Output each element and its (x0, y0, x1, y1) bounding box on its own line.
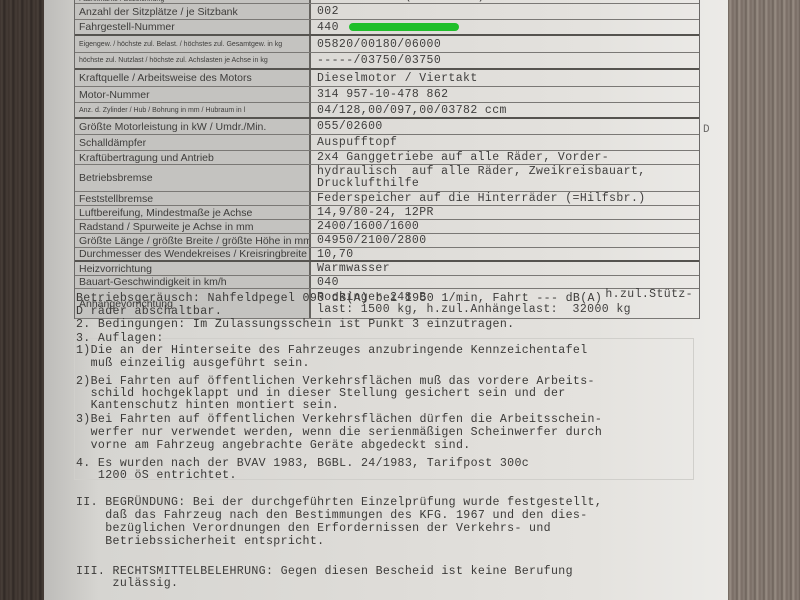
row-label: Anz. d. Zylinder / Hub / Bohrung in mm /… (75, 103, 311, 117)
table-row: Motor-Nummer314 957-10-478 862 (75, 87, 699, 103)
condition-line: 1200 öS entrichtet. (76, 470, 237, 482)
row-value-line: last: 1500 kg, h.zul.Anhängelast: 32000 … (317, 304, 631, 316)
condition-line: vorne am Fahrzeug angebrachte Geräte abg… (76, 440, 471, 452)
table-row: Durchmesser des Wendekreises / Kreisring… (75, 248, 699, 262)
row-value: -----/03750/03750 (313, 53, 699, 68)
condition-line: Betriebsgeräusch: Nahfeldpegel 090 dB(A)… (76, 293, 602, 305)
row-label: Luftbereifung, Mindestmaße je Achse (75, 206, 311, 219)
row-value: 04950/2100/2800 (313, 234, 699, 247)
row-value-line: Drucklufthilfe (317, 178, 419, 190)
row-label: Durchmesser des Wendekreises / Kreisring… (75, 248, 311, 260)
row-value: 314 957-10-478 862 (313, 87, 699, 102)
row-label: Größte Motorleistung in kW / Umdr./Min. (75, 119, 311, 134)
condition-line: muß einzeilig ausgeführt sein. (76, 358, 310, 370)
row-label: Kraftquelle / Arbeitsweise des Motors (75, 70, 311, 86)
condition-line: 2. Bedingungen: Im Zulassungsschein ist … (76, 319, 514, 331)
table-row: Fahrgestell-Nummer440 (75, 20, 699, 36)
redaction-mark (349, 23, 459, 31)
margin-mark: D (703, 124, 710, 136)
row-label: Motor-Nummer (75, 87, 311, 102)
row-label: Eigengew. / höchste zul. Belast. / höchs… (75, 36, 311, 52)
table-row: Größte Motorleistung in kW / Umdr./Min.0… (75, 119, 699, 135)
table-row: Radstand / Spurweite je Achse in mm2400/… (75, 220, 699, 234)
row-label: Feststellbremse (75, 192, 311, 205)
row-value: 055/02600 (313, 119, 699, 134)
legal-section-line: II. BEGRÜNDUNG: Bei der durchgeführten E… (76, 497, 602, 509)
row-value: Federspeicher auf die Hinterräder (=Hilf… (313, 192, 699, 205)
row-label: Radstand / Spurweite je Achse in mm (75, 220, 311, 233)
table-row: höchste zul. Nutzlast / höchste zul. Ach… (75, 53, 699, 70)
row-label: Heizvorrichtung (75, 262, 311, 275)
row-value: 04/128,00/097,00/03782 ccm (313, 103, 699, 117)
table-row: Kraftübertragung und Antrieb2x4 Ganggetr… (75, 151, 699, 165)
row-value: 2400/1600/1600 (313, 220, 699, 233)
row-value: 2x4 Ganggetriebe auf alle Räder, Vorder- (313, 151, 699, 164)
row-value: Auspufftopf (313, 135, 699, 150)
row-label: Anzahl der Sitzplätze / je Sitzbank (75, 4, 311, 19)
legal-section-line: Betriebssicherheit entspricht. (76, 536, 324, 548)
vehicle-data-table: Fabrikmarke / Bezeichnung MB trac 800 (4… (74, 0, 700, 319)
row-value: MB trac 800 (440 163-2) (313, 0, 699, 3)
condition-line: 3)Bei Fahrten auf öffentlichen Verkehrsf… (76, 414, 602, 426)
row-value: Warmwasser (313, 262, 699, 275)
row-value: Dieselmotor / Viertakt (313, 70, 699, 86)
row-label: Betriebsbremse (75, 165, 311, 191)
row-label: Kraftübertragung und Antrieb (75, 151, 311, 164)
table-row: Eigengew. / höchste zul. Belast. / höchs… (75, 36, 699, 53)
row-label: Größte Länge / größte Breite / größte Hö… (75, 234, 311, 247)
wooden-table-background-right (724, 0, 800, 600)
table-row: HeizvorrichtungWarmwasser (75, 262, 699, 276)
row-label: Bauart-Geschwindigkeit in km/h (75, 276, 311, 288)
row-value: 05820/00180/06000 (313, 36, 699, 52)
wooden-table-background-left (0, 0, 46, 600)
row-value-right: h.zul.Stütz- (605, 289, 693, 301)
table-row: Kraftquelle / Arbeitsweise des MotorsDie… (75, 70, 699, 87)
row-label: Schalldämpfer (75, 135, 311, 150)
condition-line: D räder abschaltbar. (76, 306, 222, 318)
table-row: Betriebsbremsehydraulisch auf alle Räder… (75, 165, 699, 192)
row-label: Fahrgestell-Nummer (75, 20, 311, 34)
table-row: Luftbereifung, Mindestmaße je Achse14,9/… (75, 206, 699, 220)
row-label: Fabrikmarke / Bezeichnung (75, 0, 311, 3)
table-row: Anz. d. Zylinder / Hub / Bohrung in mm /… (75, 103, 699, 119)
table-row: Größte Länge / größte Breite / größte Hö… (75, 234, 699, 248)
legal-section-line: daß das Fahrzeug nach den Bestimmungen d… (76, 510, 588, 522)
row-value: 040 (313, 276, 699, 288)
table-row: Anzahl der Sitzplätze / je Sitzbank002 (75, 4, 699, 20)
legal-section-line: bezüglichen Verordnungen den Erfordernis… (76, 523, 551, 535)
row-value: 002 (313, 4, 699, 19)
row-value: 10,70 (313, 248, 699, 260)
table-row: SchalldämpferAuspufftopf (75, 135, 699, 151)
condition-line: 1)Die an der Hinterseite des Fahrzeuges … (76, 345, 588, 357)
legal-section-line: zulässig. (76, 578, 178, 590)
condition-line: werfer nur verwendet werden, wenn die se… (76, 427, 602, 439)
row-value: 14,9/80-24, 12PR (313, 206, 699, 219)
table-row: FeststellbremseFederspeicher auf die Hin… (75, 192, 699, 206)
condition-line: Kantenschutz hinten montiert sein. (76, 400, 339, 412)
row-value: hydraulisch auf alle Räder, Zweikreisbau… (313, 165, 699, 191)
row-label: höchste zul. Nutzlast / höchste zul. Ach… (75, 53, 311, 68)
row-value: 440 (313, 20, 699, 34)
